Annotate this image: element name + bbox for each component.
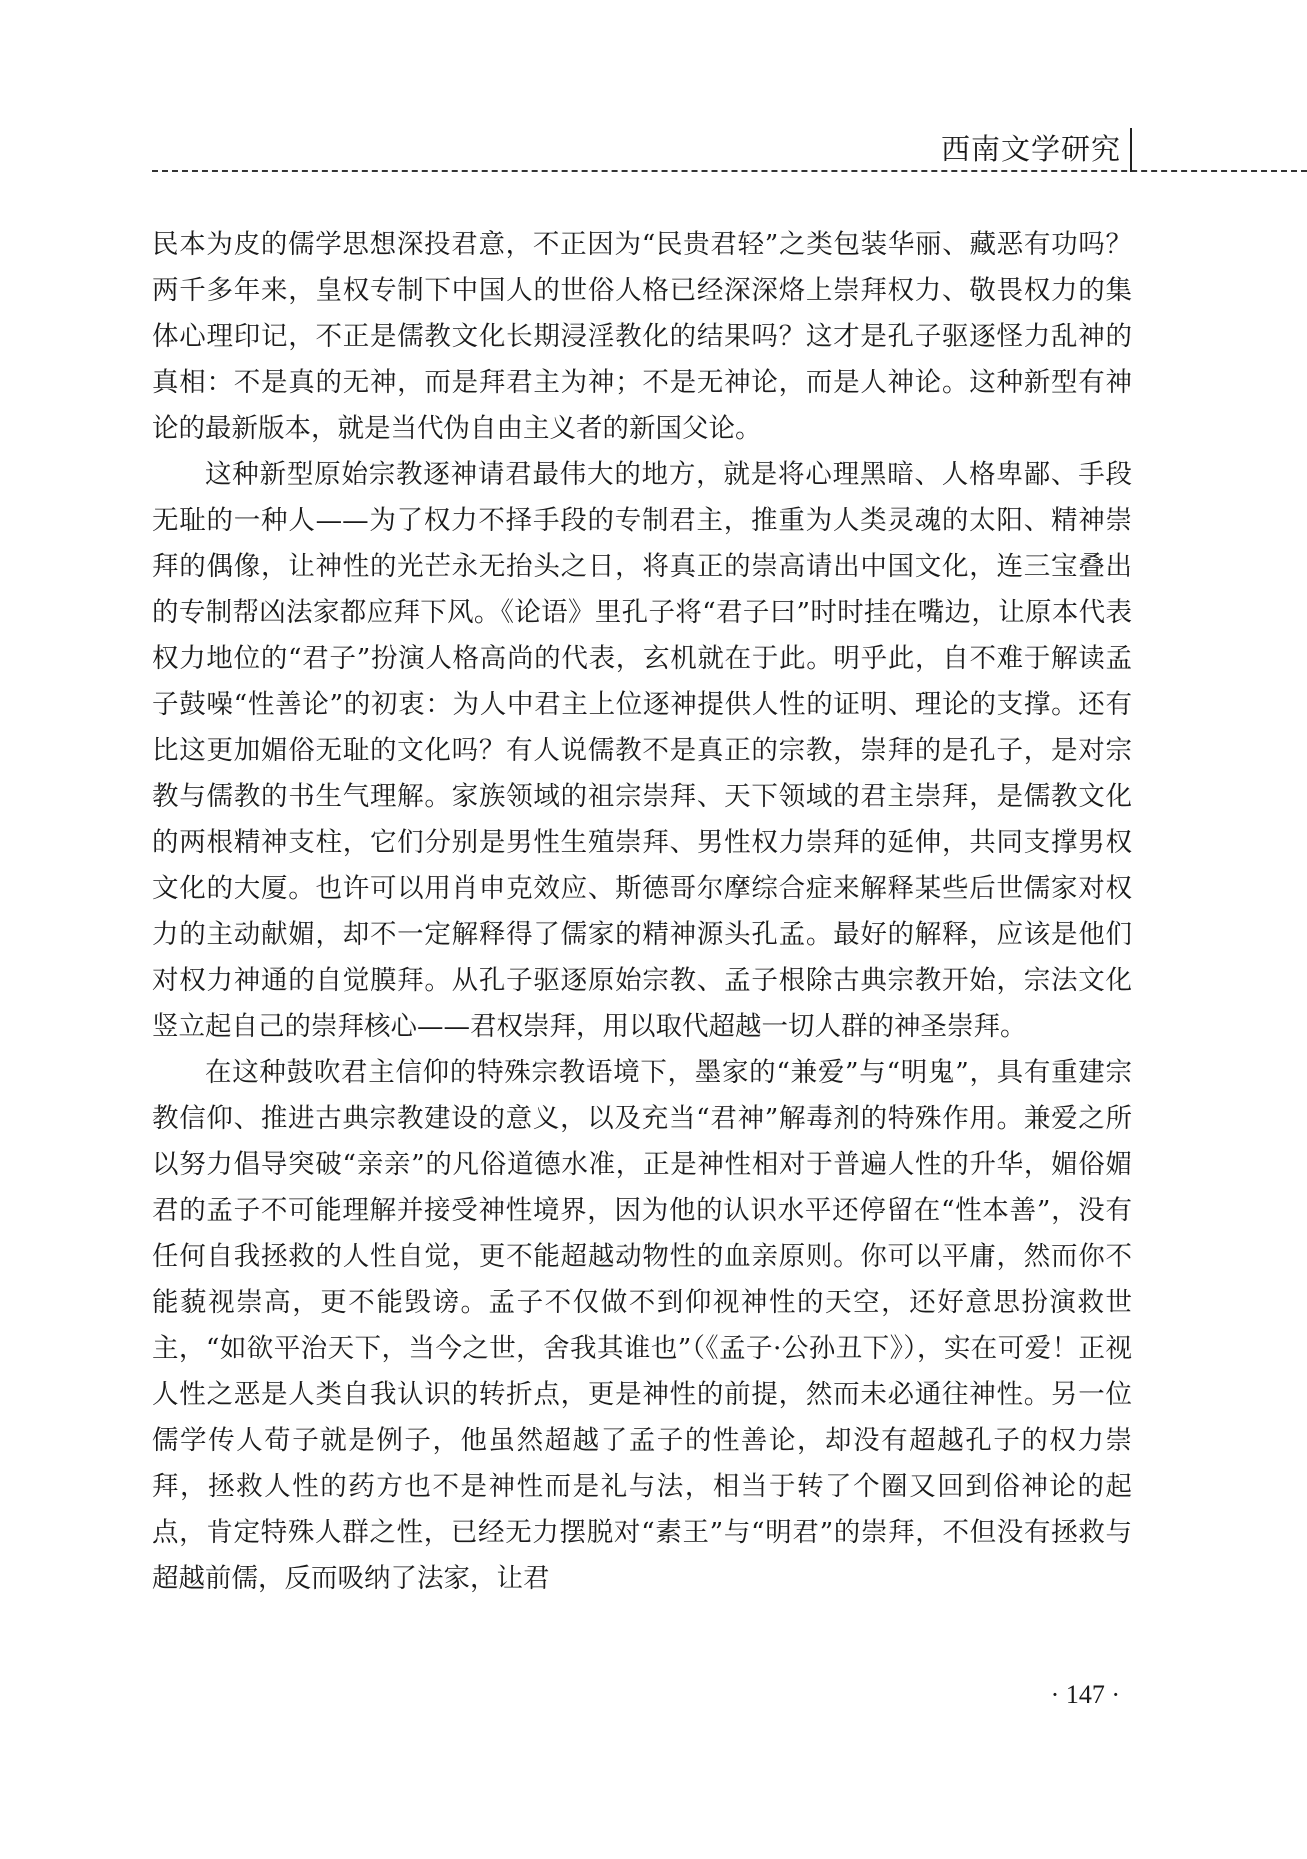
header-dashed-rule xyxy=(152,170,1307,172)
journal-title: 西南文学研究 xyxy=(941,127,1121,168)
paragraph-3: 在这种鼓吹君主信仰的特殊宗教语境下，墨家的“兼爱”与“明鬼”，具有重建宗教信仰、… xyxy=(152,1050,1132,1602)
paragraph-1: 民本为皮的儒学思想深投君意，不正因为“民贵君轻”之类包装华丽、藏恶有功吗？两千多… xyxy=(152,222,1132,452)
article-body: 民本为皮的儒学思想深投君意，不正因为“民贵君轻”之类包装华丽、藏恶有功吗？两千多… xyxy=(152,222,1132,1602)
paragraph-2: 这种新型原始宗教逐神请君最伟大的地方，就是将心理黑暗、人格卑鄙、手段无耻的一种人… xyxy=(152,452,1132,1050)
page-number: · 147 · xyxy=(1010,1680,1120,1710)
header-vertical-bar xyxy=(1130,128,1132,172)
running-header: 西南文学研究 xyxy=(152,126,1307,172)
